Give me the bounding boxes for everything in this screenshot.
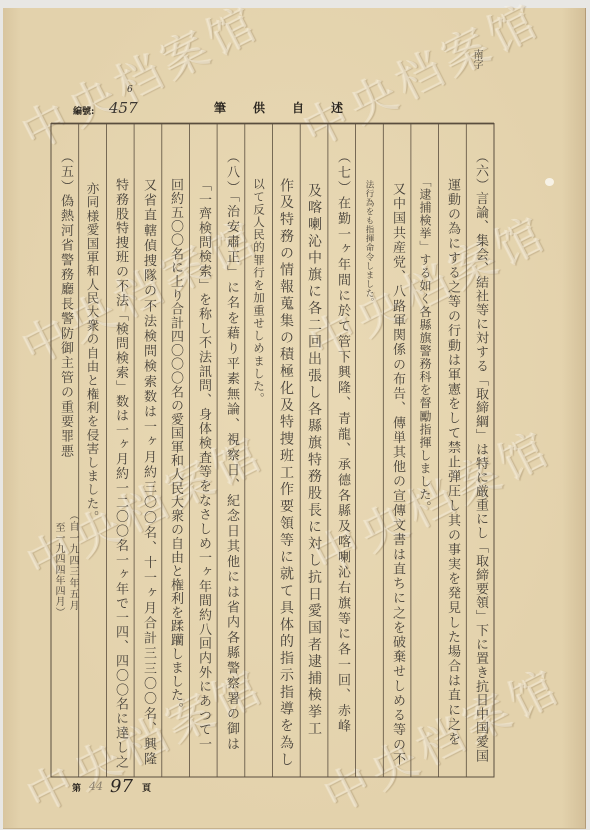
text-column: 以て反人民的罪行を加重せしめました。 [246, 178, 272, 404]
text-column: 法行為をも指揮命令しました。 [356, 180, 382, 306]
text-column: 回約五〇〇名に上り合計四〇〇〇名の愛国軍和人民大衆の自由と権利を蹂躪しました。 [162, 178, 188, 715]
text-column: （八）「治安肅正」に名を藉り平素無論、視察日、紀念日其他には省内各縣警察署の御は [218, 150, 244, 750]
page-prefix: 第 [72, 781, 81, 794]
serial-label: 編號: [73, 104, 94, 117]
corner-handwritten-note: 南字 [469, 49, 483, 79]
text-column: 運動の為にする之等の行動は軍憲をして禁止弾圧し其の事実を発見した場合は直に之を [439, 178, 465, 745]
text-column: （六）言論、集会、結社等に対する「取締綱」は特に厳重にし「取締要領」下に置き抗日… [467, 150, 493, 762]
page-suffix: 頁 [142, 781, 151, 794]
page-number: 97 [110, 776, 133, 797]
text-column: 又省直轄偵捜隊の不法検問検索数は一ヶ月約三〇〇名、十一ヶ月合計三三〇〇名、興隆 [135, 178, 161, 765]
section-period-from: （自一九四三年五月 [65, 510, 79, 610]
text-column: 「一齊検問検索」を称し不法訊問、身体検査等をなさしめ一ヶ年間約八回内外にあつて一 [190, 178, 216, 750]
text-column: （五）偽熱河省警務廳長警防御主管の重要罪悪 [52, 150, 78, 457]
text-column: （七）在勤一ヶ年間に於て管下興隆、青龍、承德各縣及喀喇沁右旗等に各一回、赤峰 [329, 150, 355, 732]
paper-blemish [545, 178, 554, 186]
text-column: 特務股特捜班の不法「検問検索」数は一ヶ月約一二〇〇名一ヶ年で一四、四〇〇名に達し… [107, 178, 133, 768]
text-column: 作及特務の情報蒐集の積極化及特捜班工作要領等に就て具体的指示指導を為し [273, 178, 299, 766]
text-column: 「逮捕検挙」する如く各縣旗警務科を督勵指揮しました。 [412, 175, 438, 513]
text-column: 亦同様愛国軍和人民大衆の自由と権利を侵害しました。 [79, 182, 105, 523]
serial-annotation: 6 [127, 85, 133, 95]
serial-number: 457 [109, 99, 138, 117]
form-title: 筆 供 自 述 [214, 101, 343, 115]
title-char: 自 [292, 101, 304, 115]
title-char: 述 [331, 101, 343, 115]
printed-page-number: 44 [89, 780, 103, 793]
title-char: 筆 [214, 101, 226, 115]
title-char: 供 [253, 101, 265, 115]
section-period-to: 至一九四四年四月） [51, 522, 65, 617]
text-column: 及喀喇沁中旗に各二回出張し各縣旗特務股長に対し抗日愛国者逮捕検挙工 [301, 183, 327, 735]
text-column: 又中国共産党、八路軍関係の布告、傳単其他の宣傳文書は直ちに之を破棄せしめる等の不 [384, 182, 410, 765]
